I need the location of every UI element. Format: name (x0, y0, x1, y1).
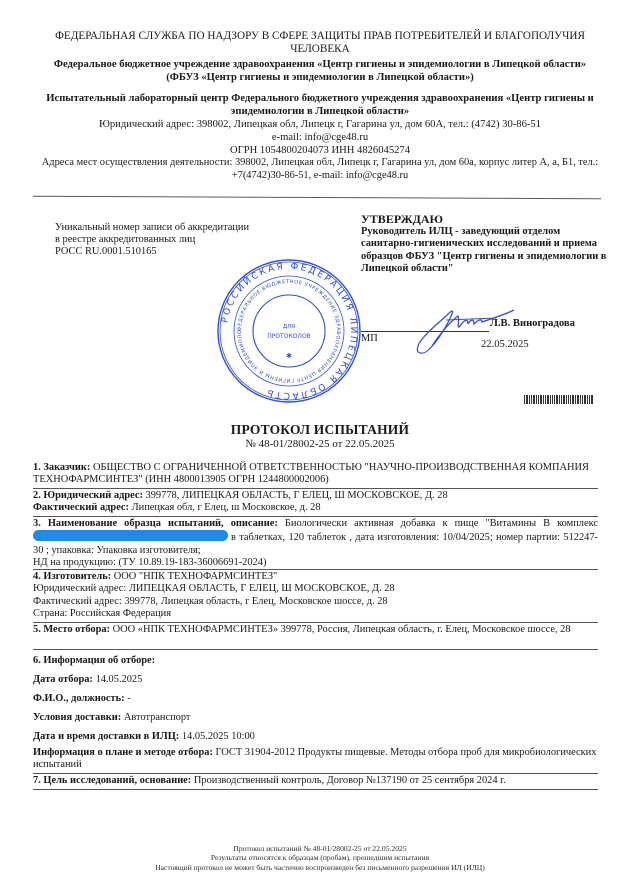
purpose-value: Производственный контроль, Договор №1371… (194, 775, 506, 786)
section-manufacturer: 4. Изготовитель: ООО "НПК ТЕХНОФАРМСИНТЕ… (33, 571, 598, 621)
activity-addresses: Адреса мест осуществления деятельности: … (20, 156, 620, 182)
stamp-center-line-2: ПРОТОКОЛОВ (267, 333, 311, 340)
divider (33, 649, 598, 650)
section-sample: 3. Наименование образца испытаний, описа… (33, 518, 598, 570)
divider (33, 622, 598, 623)
divider (33, 773, 598, 774)
barcode (524, 395, 616, 404)
footer-line-1: Протокол испытаний № 48-01/28002-25 от 2… (60, 844, 580, 853)
section-address: 2. Юридический адрес: 399778, ЛИПЕЦКАЯ О… (33, 490, 598, 515)
lab-legal-address: Юридический адрес: 398002, Липецкая обл,… (30, 118, 610, 131)
legal-address-label: 2. Юридический адрес: (33, 490, 143, 501)
protocol-title: ПРОТОКОЛ ИСПЫТАНИЙ (180, 422, 460, 438)
divider (33, 488, 598, 489)
sampling-method-label: Информация о плане и методе отбора: (33, 747, 213, 758)
manufacturer-label: 4. Изготовитель: (33, 571, 111, 582)
lab-info: Испытательный лабораторный центр Федерал… (30, 92, 610, 157)
footer-line-3: Настоящий протокол не может быть частичн… (60, 863, 580, 872)
stamp-center-line-1: ДЛЯ (283, 324, 295, 330)
institution-name: Федеральное бюджетное учреждение здравоо… (20, 58, 620, 84)
divider (33, 789, 598, 790)
footer-line-2: Результаты относятся к образцам (пробам)… (60, 853, 580, 862)
customer-value: ОБЩЕСТВО С ОГРАНИЧЕННОЙ ОТВЕТСТВЕННОСТЬЮ… (33, 462, 589, 485)
section-sampling-info: 6. Информация об отборе: Дата отбора: 14… (33, 651, 598, 746)
institution-line-2: (ФБУЗ «Центр гигиены и эпидемиологии в Л… (20, 71, 620, 84)
manufacturer-value: ООО "НПК ТЕХНОФАРМСИНТЕЗ" (114, 571, 278, 582)
delivery-conditions-value: Автотранспорт (124, 712, 191, 723)
sample-label: 3. Наименование образца испытаний, описа… (33, 518, 278, 529)
manufacturer-country: Страна: Российская Федерация (33, 608, 598, 620)
sampling-date-value: 14.05.2025 (96, 674, 143, 685)
manufacturer-legal-address: Юридический адрес: ЛИПЕЦКАЯ ОБЛАСТЬ, Г Е… (33, 583, 598, 595)
accreditation-number: РОСС RU.0001.510165 (55, 246, 249, 258)
protocol-number: № 48-01/28002-25 от 22.05.2025 (180, 438, 460, 450)
sample-value-part-1: Биологически активная добавка к пище "Ви… (285, 518, 598, 529)
section-purpose: 7. Цель исследований, основание: Произво… (33, 775, 598, 787)
accreditation-line-1: Уникальный номер записи об аккредитации (55, 222, 249, 234)
fio-label: Ф.И.О., должность: (33, 693, 125, 704)
delivery-datetime-value: 14.05.2025 10:00 (182, 731, 255, 742)
approval-position: Руководитель ИЛЦ - заведующий отделом са… (361, 226, 611, 275)
delivery-datetime-label: Дата и время доставки в ИЛЦ: (33, 731, 179, 742)
manufacturer-actual-address: Фактический адрес: 399778, Липецкая обла… (33, 596, 598, 608)
lab-email: e-mail: info@cge48.ru (30, 131, 610, 144)
divider (33, 569, 598, 570)
accreditation-info: Уникальный номер записи об аккредитации … (55, 222, 249, 258)
actual-address-value: Липецкая обл, г Елец, ш Московское, д. 2… (132, 502, 321, 513)
actual-address-label: Фактический адрес: (33, 502, 129, 513)
sampling-place-label: 5. Место отбора: (33, 624, 110, 635)
page-footer: Протокол испытаний № 48-01/28002-25 от 2… (60, 844, 580, 872)
official-stamp-icon: РОССИЙСКАЯ ФЕДЕРАЦИЯ ЛИПЕЦКАЯ ОБЛАСТЬ ФЕ… (216, 258, 362, 404)
section-sampling-place: 5. Место отбора: ООО «НПК ТЕХНОФАРМСИНТЕ… (33, 624, 598, 636)
agency-name: ФЕДЕРАЛЬНАЯ СЛУЖБА ПО НАДЗОРУ В СФЕРЕ ЗА… (30, 30, 610, 56)
institution-line-1: Федеральное бюджетное учреждение здравоо… (20, 58, 620, 71)
signature-icon (410, 300, 520, 358)
section-customer: 1. Заказчик: ОБЩЕСТВО С ОГРАНИЧЕННОЙ ОТВ… (33, 462, 598, 487)
purpose-label: 7. Цель исследований, основание: (33, 775, 191, 786)
approval-title: УТВЕРЖДАЮ (361, 213, 611, 225)
fio-value: - (127, 693, 130, 704)
legal-address-value: 399778, ЛИПЕЦКАЯ ОБЛАСТЬ, Г ЕЛЕЦ, Ш МОСК… (146, 490, 448, 501)
approval-block: УТВЕРЖДАЮ Руководитель ИЛЦ - заведующий … (361, 213, 611, 275)
accreditation-line-2: в реестре аккредитованных лиц (55, 234, 249, 246)
delivery-conditions-label: Условия доставки: (33, 712, 121, 723)
sampling-place-value: ООО «НПК ТЕХНОФАРМСИНТЕЗ» 399778, Россия… (113, 624, 571, 635)
customer-label: 1. Заказчик: (33, 462, 90, 473)
header-divider (33, 196, 601, 199)
sampling-method: Информация о плане и методе отбора: ГОСТ… (33, 747, 598, 772)
divider (33, 516, 598, 517)
svg-text:✱: ✱ (286, 352, 292, 360)
mp-label: МП (361, 333, 378, 344)
redaction-box (33, 530, 228, 541)
sampling-date-label: Дата отбора: (33, 674, 93, 685)
lab-name: Испытательный лабораторный центр Федерал… (30, 92, 610, 118)
sampling-info-label: 6. Информация об отборе: (33, 651, 598, 670)
product-nd: НД на продукцию: (ТУ 10.89.19-183-360066… (33, 557, 598, 569)
